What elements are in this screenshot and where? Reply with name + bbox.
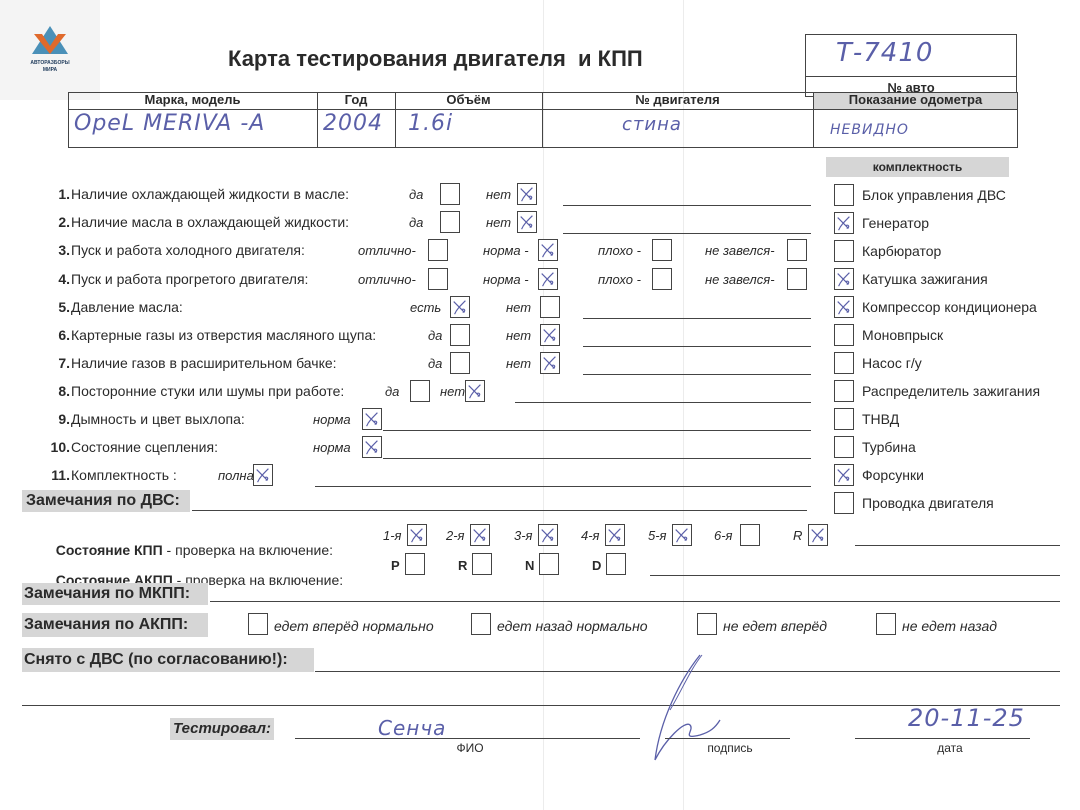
odometer-value: НЕВИДНО [830, 122, 909, 138]
check-number: 1. [48, 186, 70, 202]
completeness-checkbox-11[interactable] [834, 464, 854, 486]
completeness-item-label: Блок управления ДВС [862, 187, 1006, 203]
check-label: Пуск и работа холодного двигателя: [71, 242, 305, 258]
check-number: 5. [48, 299, 70, 315]
check-option-label: плохо - [598, 272, 641, 287]
check-number: 2. [48, 214, 70, 230]
auto-remark-label: едет вперёд нормально [274, 618, 434, 634]
check-option-label: да [409, 215, 423, 230]
completeness-checkbox-9[interactable] [834, 408, 854, 430]
completeness-item-label: Форсунки [862, 467, 924, 483]
check-8-option-1[interactable] [410, 380, 430, 402]
handwritten-check-icon [606, 525, 624, 545]
auto-position-label: R [458, 558, 467, 573]
auto-position-checkbox-N[interactable] [539, 553, 559, 575]
auto-remark-checkbox-1[interactable] [248, 613, 268, 635]
check-label: Наличие масла в охлаждающей жидкости: [71, 214, 349, 230]
check-4-option-4[interactable] [787, 268, 807, 290]
signature-line[interactable] [665, 738, 790, 739]
check-2-option-1[interactable] [440, 211, 460, 233]
check-note-line[interactable] [563, 233, 811, 234]
check-note-line[interactable] [315, 486, 811, 487]
column-header-odometer: Показание одометра [813, 92, 1018, 107]
check-option-label: есть [410, 300, 441, 315]
check-note-line[interactable] [383, 430, 811, 431]
removed-parts-line-2[interactable] [22, 705, 1060, 706]
check-5-option-2[interactable] [540, 296, 560, 318]
check-1-option-2[interactable] [517, 183, 537, 205]
check-option-label: отлично- [358, 272, 416, 287]
gear-label: 2-я [446, 528, 465, 543]
check-label: Наличие охлаждающей жидкости в масле: [71, 186, 349, 202]
date-caption: дата [920, 741, 980, 755]
check-option-label: нет [486, 215, 511, 230]
auto-position-checkbox-R[interactable] [472, 553, 492, 575]
check-note-line[interactable] [515, 402, 811, 403]
gear-label: 4-я [581, 528, 600, 543]
removed-parts-label: Снято с ДВС (по согласованию!): [22, 648, 314, 672]
check-label: Картерные газы из отверстия масляного щу… [71, 327, 376, 343]
test-date: 20-11-25 [908, 704, 1025, 732]
gear-checkbox-5-я[interactable] [672, 524, 692, 546]
check-option-label: нет [440, 384, 465, 399]
check-option-label: нет [506, 300, 531, 315]
auto-position-label: N [525, 558, 534, 573]
gear-label: 6-я [714, 528, 733, 543]
auto-remark-checkbox-4[interactable] [876, 613, 896, 635]
page-title: Карта тестирования двигателя и КПП [228, 46, 643, 72]
handwritten-check-icon [408, 525, 426, 545]
gear-label: 3-я [514, 528, 533, 543]
completeness-checkbox-10[interactable] [834, 436, 854, 458]
check-3-option-1[interactable] [428, 239, 448, 261]
check-option-label: нет [486, 187, 511, 202]
handwritten-check-icon [539, 525, 557, 545]
check-label: Давление масла: [71, 299, 183, 315]
check-option-label: да [428, 356, 442, 371]
completeness-item-label: Моновпрыск [862, 327, 943, 343]
completeness-item-label: Компрессор кондиционера [862, 299, 1037, 315]
handwritten-check-icon [471, 525, 489, 545]
check-option-label: не завелся- [705, 243, 775, 258]
check-10-option-1[interactable] [362, 436, 382, 458]
auto-position-checkbox-D[interactable] [606, 553, 626, 575]
column-header-make-model: Марка, модель [68, 92, 317, 107]
auto-remark-label: не едет вперёд [723, 618, 827, 634]
check-number: 3. [48, 242, 70, 258]
completeness-checkbox-5[interactable] [834, 296, 854, 318]
check-number: 6. [48, 327, 70, 343]
check-9-option-1[interactable] [362, 408, 382, 430]
check-3-option-4[interactable] [787, 239, 807, 261]
handwritten-check-icon [363, 409, 381, 429]
completeness-item-label: Насос г/у [862, 355, 922, 371]
check-note-line[interactable] [583, 374, 811, 375]
engine-remarks-label: Замечания по ДВС: [22, 490, 190, 512]
auto-gearbox-notes-line[interactable] [650, 575, 1060, 576]
check-option-label: норма - [483, 272, 529, 287]
check-number: 9. [48, 411, 70, 427]
completeness-item-label: Турбина [862, 439, 916, 455]
check-label: Дымность и цвет выхлопа: [71, 411, 245, 427]
auto-remark-label: не едет назад [902, 618, 997, 634]
completeness-checkbox-4[interactable] [834, 268, 854, 290]
check-3-option-3[interactable] [652, 239, 672, 261]
handwritten-check-icon [254, 465, 272, 485]
date-line[interactable] [855, 738, 1030, 739]
gear-checkbox-3-я[interactable] [538, 524, 558, 546]
completeness-item-label: ТНВД [862, 411, 899, 427]
auto-position-checkbox-P[interactable] [405, 553, 425, 575]
check-1-option-1[interactable] [440, 183, 460, 205]
handwritten-check-icon [809, 525, 827, 545]
handwritten-check-icon [835, 269, 853, 289]
handwritten-check-icon [518, 184, 536, 204]
completeness-checkbox-7[interactable] [834, 352, 854, 374]
completeness-item-label: Генератор [862, 215, 929, 231]
check-note-line[interactable] [383, 458, 811, 459]
completeness-checkbox-2[interactable] [834, 212, 854, 234]
check-label: Посторонние стуки или шумы при работе: [71, 383, 344, 399]
handwritten-check-icon [451, 297, 469, 317]
check-note-line[interactable] [563, 205, 811, 206]
handwritten-check-icon [835, 465, 853, 485]
check-note-line[interactable] [583, 318, 811, 319]
gear-checkbox-R[interactable] [808, 524, 828, 546]
handwritten-check-icon [518, 212, 536, 232]
completeness-checkbox-3[interactable] [834, 240, 854, 262]
handwritten-check-icon [835, 297, 853, 317]
column-header-year: Год [317, 92, 395, 107]
check-number: 4. [48, 271, 70, 287]
handwritten-check-icon [539, 269, 557, 289]
name-caption: ФИО [420, 741, 520, 755]
check-label: Пуск и работа прогретого двигателя: [71, 271, 308, 287]
check-option-label: да [409, 187, 423, 202]
check-number: 8. [48, 383, 70, 399]
car-number-box: Т-7410 № авто [805, 34, 1017, 97]
handwritten-check-icon [835, 213, 853, 233]
gear-checkbox-2-я[interactable] [470, 524, 490, 546]
check-7-option-2[interactable] [540, 352, 560, 374]
completeness-checkbox-6[interactable] [834, 324, 854, 346]
completeness-item-label: Проводка двигателя [862, 495, 994, 511]
completeness-item-label: Катушка зажигания [862, 271, 988, 287]
manual-gearbox-label: Состояние КПП - проверка на включение: [48, 526, 333, 558]
check-label: Состояние сцепления: [71, 439, 218, 455]
check-11-option-1[interactable] [253, 464, 273, 486]
column-header-volume: Объём [395, 92, 542, 107]
auto-remark-label: едет назад нормально [497, 618, 648, 634]
check-5-option-1[interactable] [450, 296, 470, 318]
logo: АВТОРАЗБОРЫ МИРА [0, 0, 100, 100]
handwritten-check-icon [466, 381, 484, 401]
check-label: Наличие газов в расширительном бачке: [71, 355, 337, 371]
check-note-line[interactable] [583, 346, 811, 347]
signature-caption: подпись [665, 741, 795, 755]
gear-label: 1-я [383, 528, 402, 543]
check-option-label: не завелся- [705, 272, 775, 287]
manual-gearbox-notes-line[interactable] [855, 545, 1060, 546]
logo-text-line2: МИРА [0, 67, 100, 73]
column-header-engine-number: № двигателя [542, 92, 813, 107]
header-table: Марка, модель Год Объём № двигателя Пока… [68, 92, 1018, 148]
check-7-option-1[interactable] [450, 352, 470, 374]
check-number: 11. [48, 467, 70, 483]
check-option-label: нет [506, 356, 531, 371]
check-label: Комплектность : [71, 467, 177, 483]
year-value: 2004 [323, 111, 383, 136]
check-option-label: да [428, 328, 442, 343]
auto-position-label: D [592, 558, 601, 573]
auto-remarks-label: Замечания по АКПП: [22, 613, 208, 637]
check-option-label: норма - [483, 243, 529, 258]
completeness-checkbox-1[interactable] [834, 184, 854, 206]
car-number-value: Т-7410 [836, 38, 933, 68]
logo-text-line1: АВТОРАЗБОРЫ [0, 60, 100, 66]
manual-remarks-label: Замечания по МКПП: [22, 583, 208, 605]
check-option-label: норма [313, 412, 351, 427]
gear-checkbox-4-я[interactable] [605, 524, 625, 546]
tested-by-label: Тестировал: [170, 718, 274, 740]
logo-mark-icon [30, 24, 70, 56]
completeness-item-label: Распределитель зажигания [862, 383, 1040, 399]
auto-remark-checkbox-2[interactable] [471, 613, 491, 635]
check-option-label: нет [506, 328, 531, 343]
check-6-option-1[interactable] [450, 324, 470, 346]
check-option-label: норма [313, 440, 351, 455]
check-number: 7. [48, 355, 70, 371]
check-option-label: плохо - [598, 243, 641, 258]
gear-checkbox-6-я[interactable] [740, 524, 760, 546]
tester-name: Сенча [378, 716, 446, 740]
completeness-checkbox-8[interactable] [834, 380, 854, 402]
handwritten-check-icon [363, 437, 381, 457]
tester-name-line[interactable] [295, 738, 640, 739]
check-4-option-1[interactable] [428, 268, 448, 290]
check-4-option-3[interactable] [652, 268, 672, 290]
check-2-option-2[interactable] [517, 211, 537, 233]
gear-checkbox-1-я[interactable] [407, 524, 427, 546]
handwritten-check-icon [541, 325, 559, 345]
check-3-option-2[interactable] [538, 239, 558, 261]
check-option-label: отлично- [358, 243, 416, 258]
completeness-checkbox-12[interactable] [834, 492, 854, 514]
manual-remarks-line[interactable] [210, 601, 1060, 602]
engine-number-value: стина [622, 114, 682, 135]
completeness-item-label: Карбюратор [862, 243, 941, 259]
engine-remarks-line[interactable] [192, 510, 807, 511]
auto-position-label: P [391, 558, 400, 573]
check-number: 10. [48, 439, 70, 455]
auto-remark-checkbox-3[interactable] [697, 613, 717, 635]
handwritten-check-icon [539, 240, 557, 260]
gear-label: 5-я [648, 528, 667, 543]
handwritten-check-icon [673, 525, 691, 545]
make-model-value: OpeL MERIVA -A [74, 111, 265, 136]
check-8-option-2[interactable] [465, 380, 485, 402]
check-option-label: да [385, 384, 399, 399]
handwritten-check-icon [541, 353, 559, 373]
check-6-option-2[interactable] [540, 324, 560, 346]
completeness-heading: комплектность [826, 157, 1009, 177]
check-4-option-2[interactable] [538, 268, 558, 290]
volume-value: 1.6i [408, 111, 453, 136]
gear-label: R [793, 528, 802, 543]
